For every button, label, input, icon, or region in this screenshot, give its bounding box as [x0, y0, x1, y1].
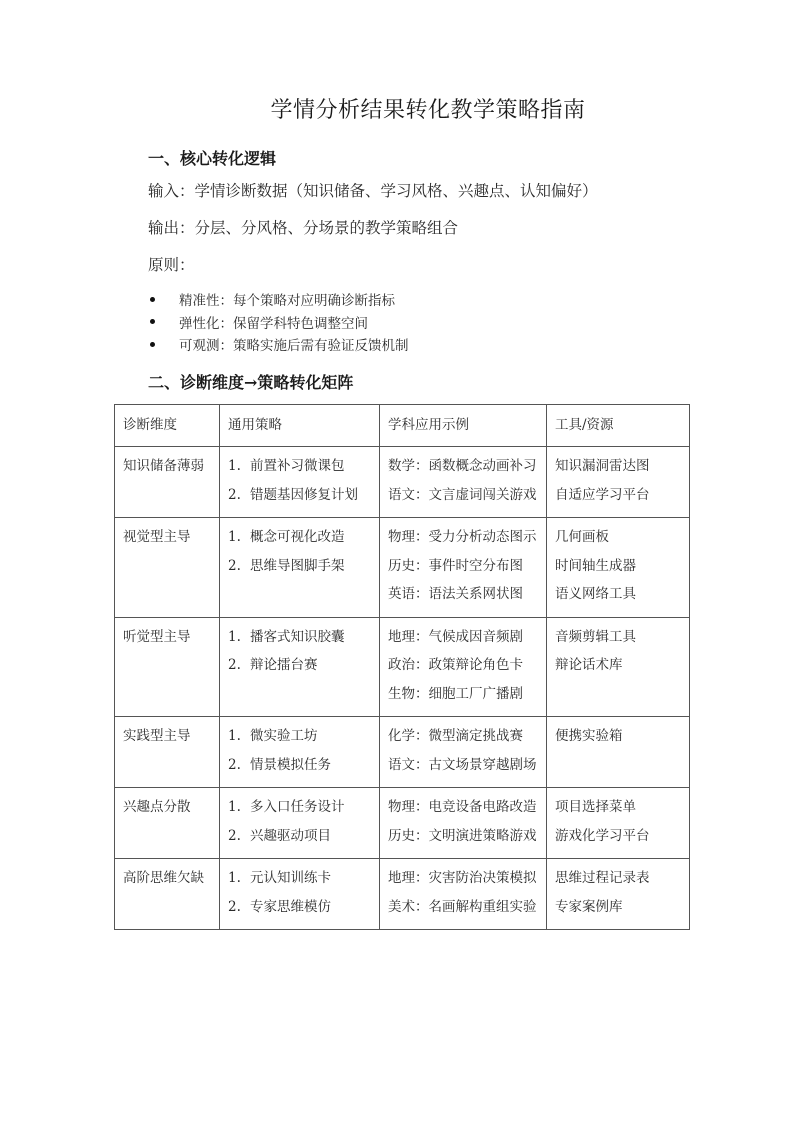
- table-header-row: 诊断维度 通用策略 学科应用示例 工具/资源: [115, 405, 690, 447]
- cell-dimension: 知识储备薄弱: [115, 447, 220, 518]
- cell-examples: 地理：气候成因音频剧 政治：政策辩论角色卡 生物：细胞工厂广播剧: [380, 617, 547, 717]
- cell-examples: 地理：灾害防治决策模拟 美术：名画解构重组实验: [380, 859, 547, 930]
- cell-strategies: 1.概念可视化改造 2.思维导图脚手架: [220, 518, 380, 618]
- cell-strategies: 1.元认知训练卡 2.专家思维模仿: [220, 859, 380, 930]
- principle-item: 弹性化：保留学科特色调整空间: [148, 311, 409, 334]
- cell-examples: 数学：函数概念动画补习 语文：文言虚词闯关游戏: [380, 447, 547, 518]
- header-dimension: 诊断维度: [115, 405, 220, 447]
- cell-tools: 知识漏洞雷达图 自适应学习平台: [547, 447, 690, 518]
- bullet-icon: [150, 319, 155, 324]
- cell-dimension: 实践型主导: [115, 717, 220, 788]
- cell-strategies: 1.多入口任务设计 2.兴趣驱动项目: [220, 788, 380, 859]
- bullet-icon: [150, 342, 155, 347]
- table-row: 听觉型主导 1.播客式知识胶囊 2.辩论擂台赛 地理：气候成因音频剧 政治：政策…: [115, 617, 690, 717]
- document-title: 学情分析结果转化教学策略指南: [28, 93, 800, 124]
- table-row: 视觉型主导 1.概念可视化改造 2.思维导图脚手架 物理：受力分析动态图示 历史…: [115, 518, 690, 618]
- cell-examples: 化学：微型滴定挑战赛 语文：古文场景穿越剧场: [380, 717, 547, 788]
- document-page: 学情分析结果转化教学策略指南 一、核心转化逻辑 输入：学情诊断数据（知识储备、学…: [0, 0, 800, 1132]
- cell-tools: 几何画板 时间轴生成器 语义网络工具: [547, 518, 690, 618]
- section-heading-matrix: 二、诊断维度→策略转化矩阵: [148, 370, 353, 393]
- cell-dimension: 高阶思维欠缺: [115, 859, 220, 930]
- header-examples: 学科应用示例: [380, 405, 547, 447]
- cell-strategies: 1.播客式知识胶囊 2.辩论擂台赛: [220, 617, 380, 717]
- table-row: 知识储备薄弱 1.前置补习微课包 2.错题基因修复计划 数学：函数概念动画补习 …: [115, 447, 690, 518]
- principle-item: 精准性：每个策略对应明确诊断指标: [148, 288, 409, 311]
- table-row: 实践型主导 1.微实验工坊 2.情景模拟任务 化学：微型滴定挑战赛 语文：古文场…: [115, 717, 690, 788]
- cell-tools: 便携实验箱: [547, 717, 690, 788]
- strategy-matrix-table: 诊断维度 通用策略 学科应用示例 工具/资源 知识储备薄弱 1.前置补习微课包 …: [114, 404, 690, 930]
- cell-dimension: 听觉型主导: [115, 617, 220, 717]
- table-row: 兴趣点分散 1.多入口任务设计 2.兴趣驱动项目 物理：电竞设备电路改造 历史：…: [115, 788, 690, 859]
- bullet-icon: [150, 297, 155, 302]
- header-tools: 工具/资源: [547, 405, 690, 447]
- section-heading-core-logic: 一、核心转化逻辑: [148, 146, 276, 169]
- input-description: 输入：学情诊断数据（知识储备、学习风格、兴趣点、认知偏好）: [148, 179, 598, 201]
- cell-examples: 物理：电竞设备电路改造 历史：文明演进策略游戏: [380, 788, 547, 859]
- cell-dimension: 视觉型主导: [115, 518, 220, 618]
- cell-tools: 思维过程记录表 专家案例库: [547, 859, 690, 930]
- cell-strategies: 1.微实验工坊 2.情景模拟任务: [220, 717, 380, 788]
- principles-label: 原则：: [148, 253, 195, 275]
- cell-tools: 音频剪辑工具 辩论话术库: [547, 617, 690, 717]
- header-strategies: 通用策略: [220, 405, 380, 447]
- cell-dimension: 兴趣点分散: [115, 788, 220, 859]
- table-row: 高阶思维欠缺 1.元认知训练卡 2.专家思维模仿 地理：灾害防治决策模拟 美术：…: [115, 859, 690, 930]
- principles-list: 精准性：每个策略对应明确诊断指标 弹性化：保留学科特色调整空间 可观测：策略实施…: [148, 288, 409, 356]
- cell-examples: 物理：受力分析动态图示 历史：事件时空分布图 英语：语法关系网状图: [380, 518, 547, 618]
- principle-item: 可观测：策略实施后需有验证反馈机制: [148, 333, 409, 356]
- cell-tools: 项目选择菜单 游戏化学习平台: [547, 788, 690, 859]
- cell-strategies: 1.前置补习微课包 2.错题基因修复计划: [220, 447, 380, 518]
- output-description: 输出：分层、分风格、分场景的教学策略组合: [148, 216, 458, 238]
